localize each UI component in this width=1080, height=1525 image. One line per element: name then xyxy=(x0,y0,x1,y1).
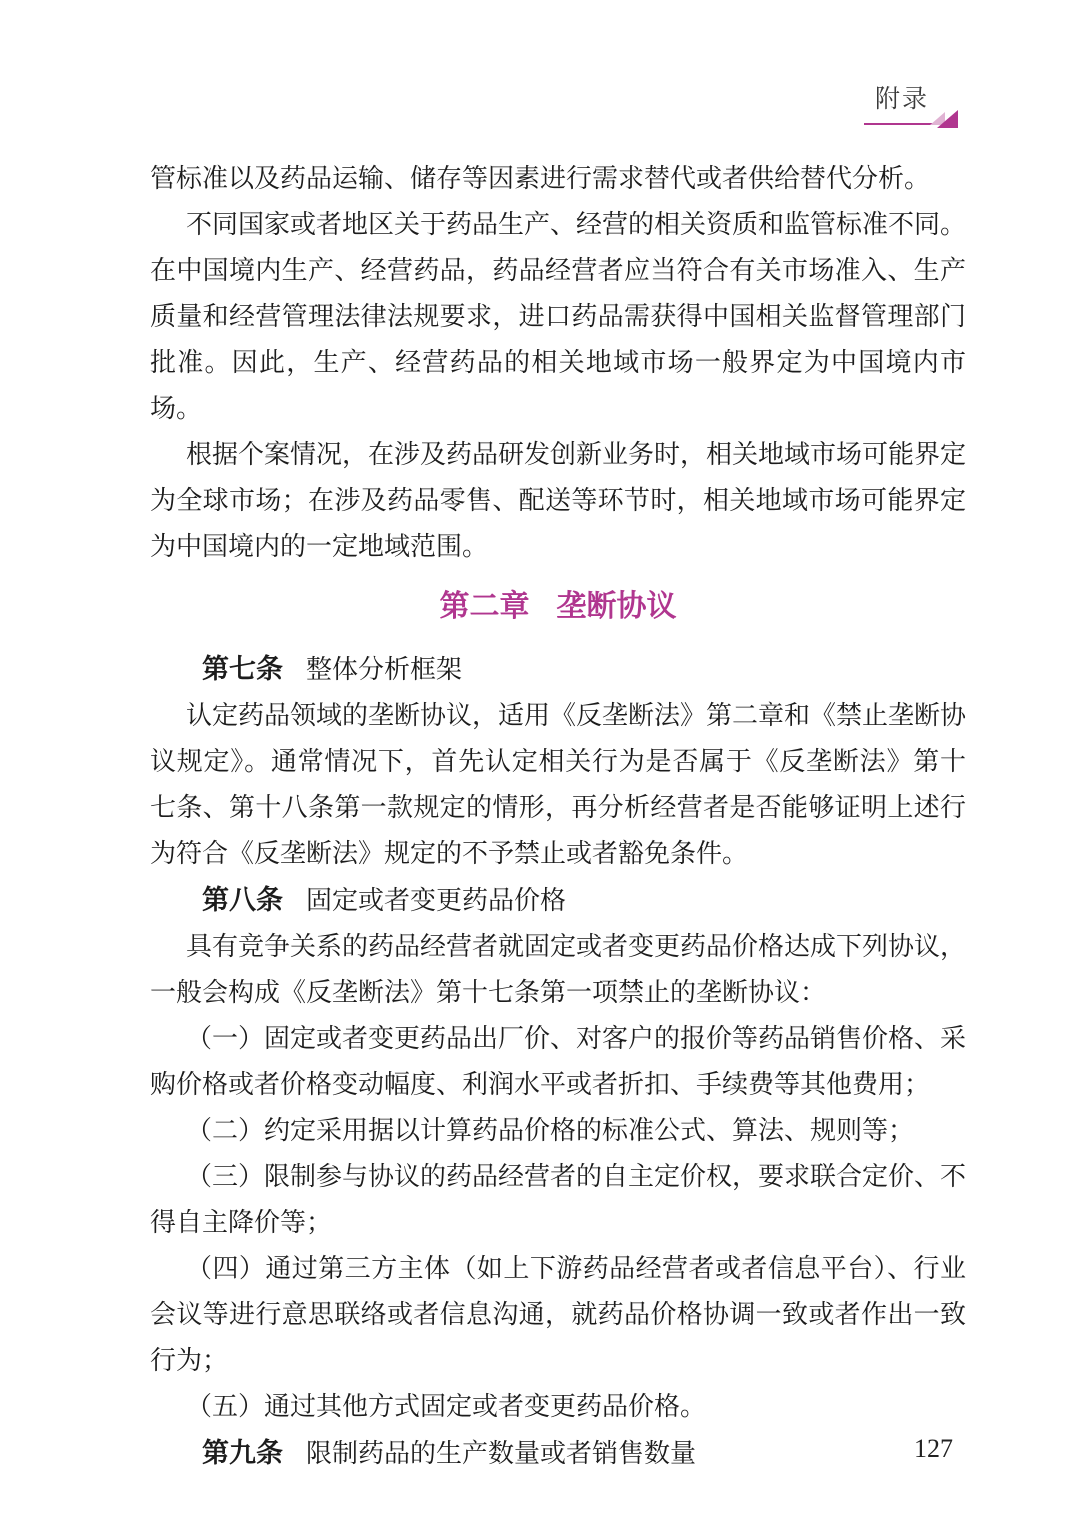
body-paragraph: 管标准以及药品运输、储存等因素进行需求替代或者供给替代分析。 xyxy=(150,156,966,202)
article-title: 限制药品的生产数量或者销售数量 xyxy=(306,1439,696,1468)
body-text-column: 管标准以及药品运输、储存等因素进行需求替代或者供给替代分析。 不同国家或者地区关… xyxy=(150,156,966,1477)
list-item: （二）约定采用据以计算药品价格的标准公式、算法、规则等； xyxy=(150,1108,966,1154)
body-paragraph: 具有竞争关系的药品经营者就固定或者变更药品价格达成下列协议，一般会构成《反垄断法… xyxy=(150,924,966,1016)
list-item: （四）通过第三方主体（如上下游药品经营者或者信息平台）、行业会议等进行意思联络或… xyxy=(150,1246,966,1384)
appendix-rule-line xyxy=(864,123,940,125)
article-title: 固定或者变更药品价格 xyxy=(306,886,566,915)
article-number: 第七条 xyxy=(202,654,283,684)
article-number: 第九条 xyxy=(202,1438,283,1468)
page-number: 127 xyxy=(914,1434,953,1464)
article-title: 整体分析框架 xyxy=(306,655,462,684)
appendix-running-head: 附录 xyxy=(864,86,958,122)
chapter-heading: 第二章垄断协议 xyxy=(150,582,966,632)
body-paragraph: 认定药品领域的垄断协议，适用《反垄断法》第二章和《禁止垄断协议规定》。通常情况下… xyxy=(150,693,966,877)
chapter-number: 第二章 xyxy=(440,590,530,623)
list-item: （五）通过其他方式固定或者变更药品价格。 xyxy=(150,1384,966,1430)
body-paragraph: 不同国家或者地区关于药品生产、经营的相关资质和监管标准不同。在中国境内生产、经营… xyxy=(150,202,966,432)
body-paragraph: 根据个案情况，在涉及药品研发创新业务时，相关地域市场可能界定为全球市场；在涉及药… xyxy=(150,432,966,570)
document-page: 附录 管标准以及药品运输、储存等因素进行需求替代或者供给替代分析。 不同国家或者… xyxy=(0,0,1080,1525)
list-item: （一）固定或者变更药品出厂价、对客户的报价等药品销售价格、采购价格或者价格变动幅… xyxy=(150,1016,966,1108)
article-heading: 第七条整体分析框架 xyxy=(150,646,966,693)
article-heading: 第八条固定或者变更药品价格 xyxy=(150,877,966,924)
article-number: 第八条 xyxy=(202,885,283,915)
list-item: （三）限制参与协议的药品经营者的自主定价权，要求联合定价、不得自主降价等； xyxy=(150,1154,966,1246)
article-heading: 第九条限制药品的生产数量或者销售数量 xyxy=(150,1430,966,1477)
chapter-title: 垄断协议 xyxy=(557,590,677,623)
triangle-icon xyxy=(937,110,958,128)
